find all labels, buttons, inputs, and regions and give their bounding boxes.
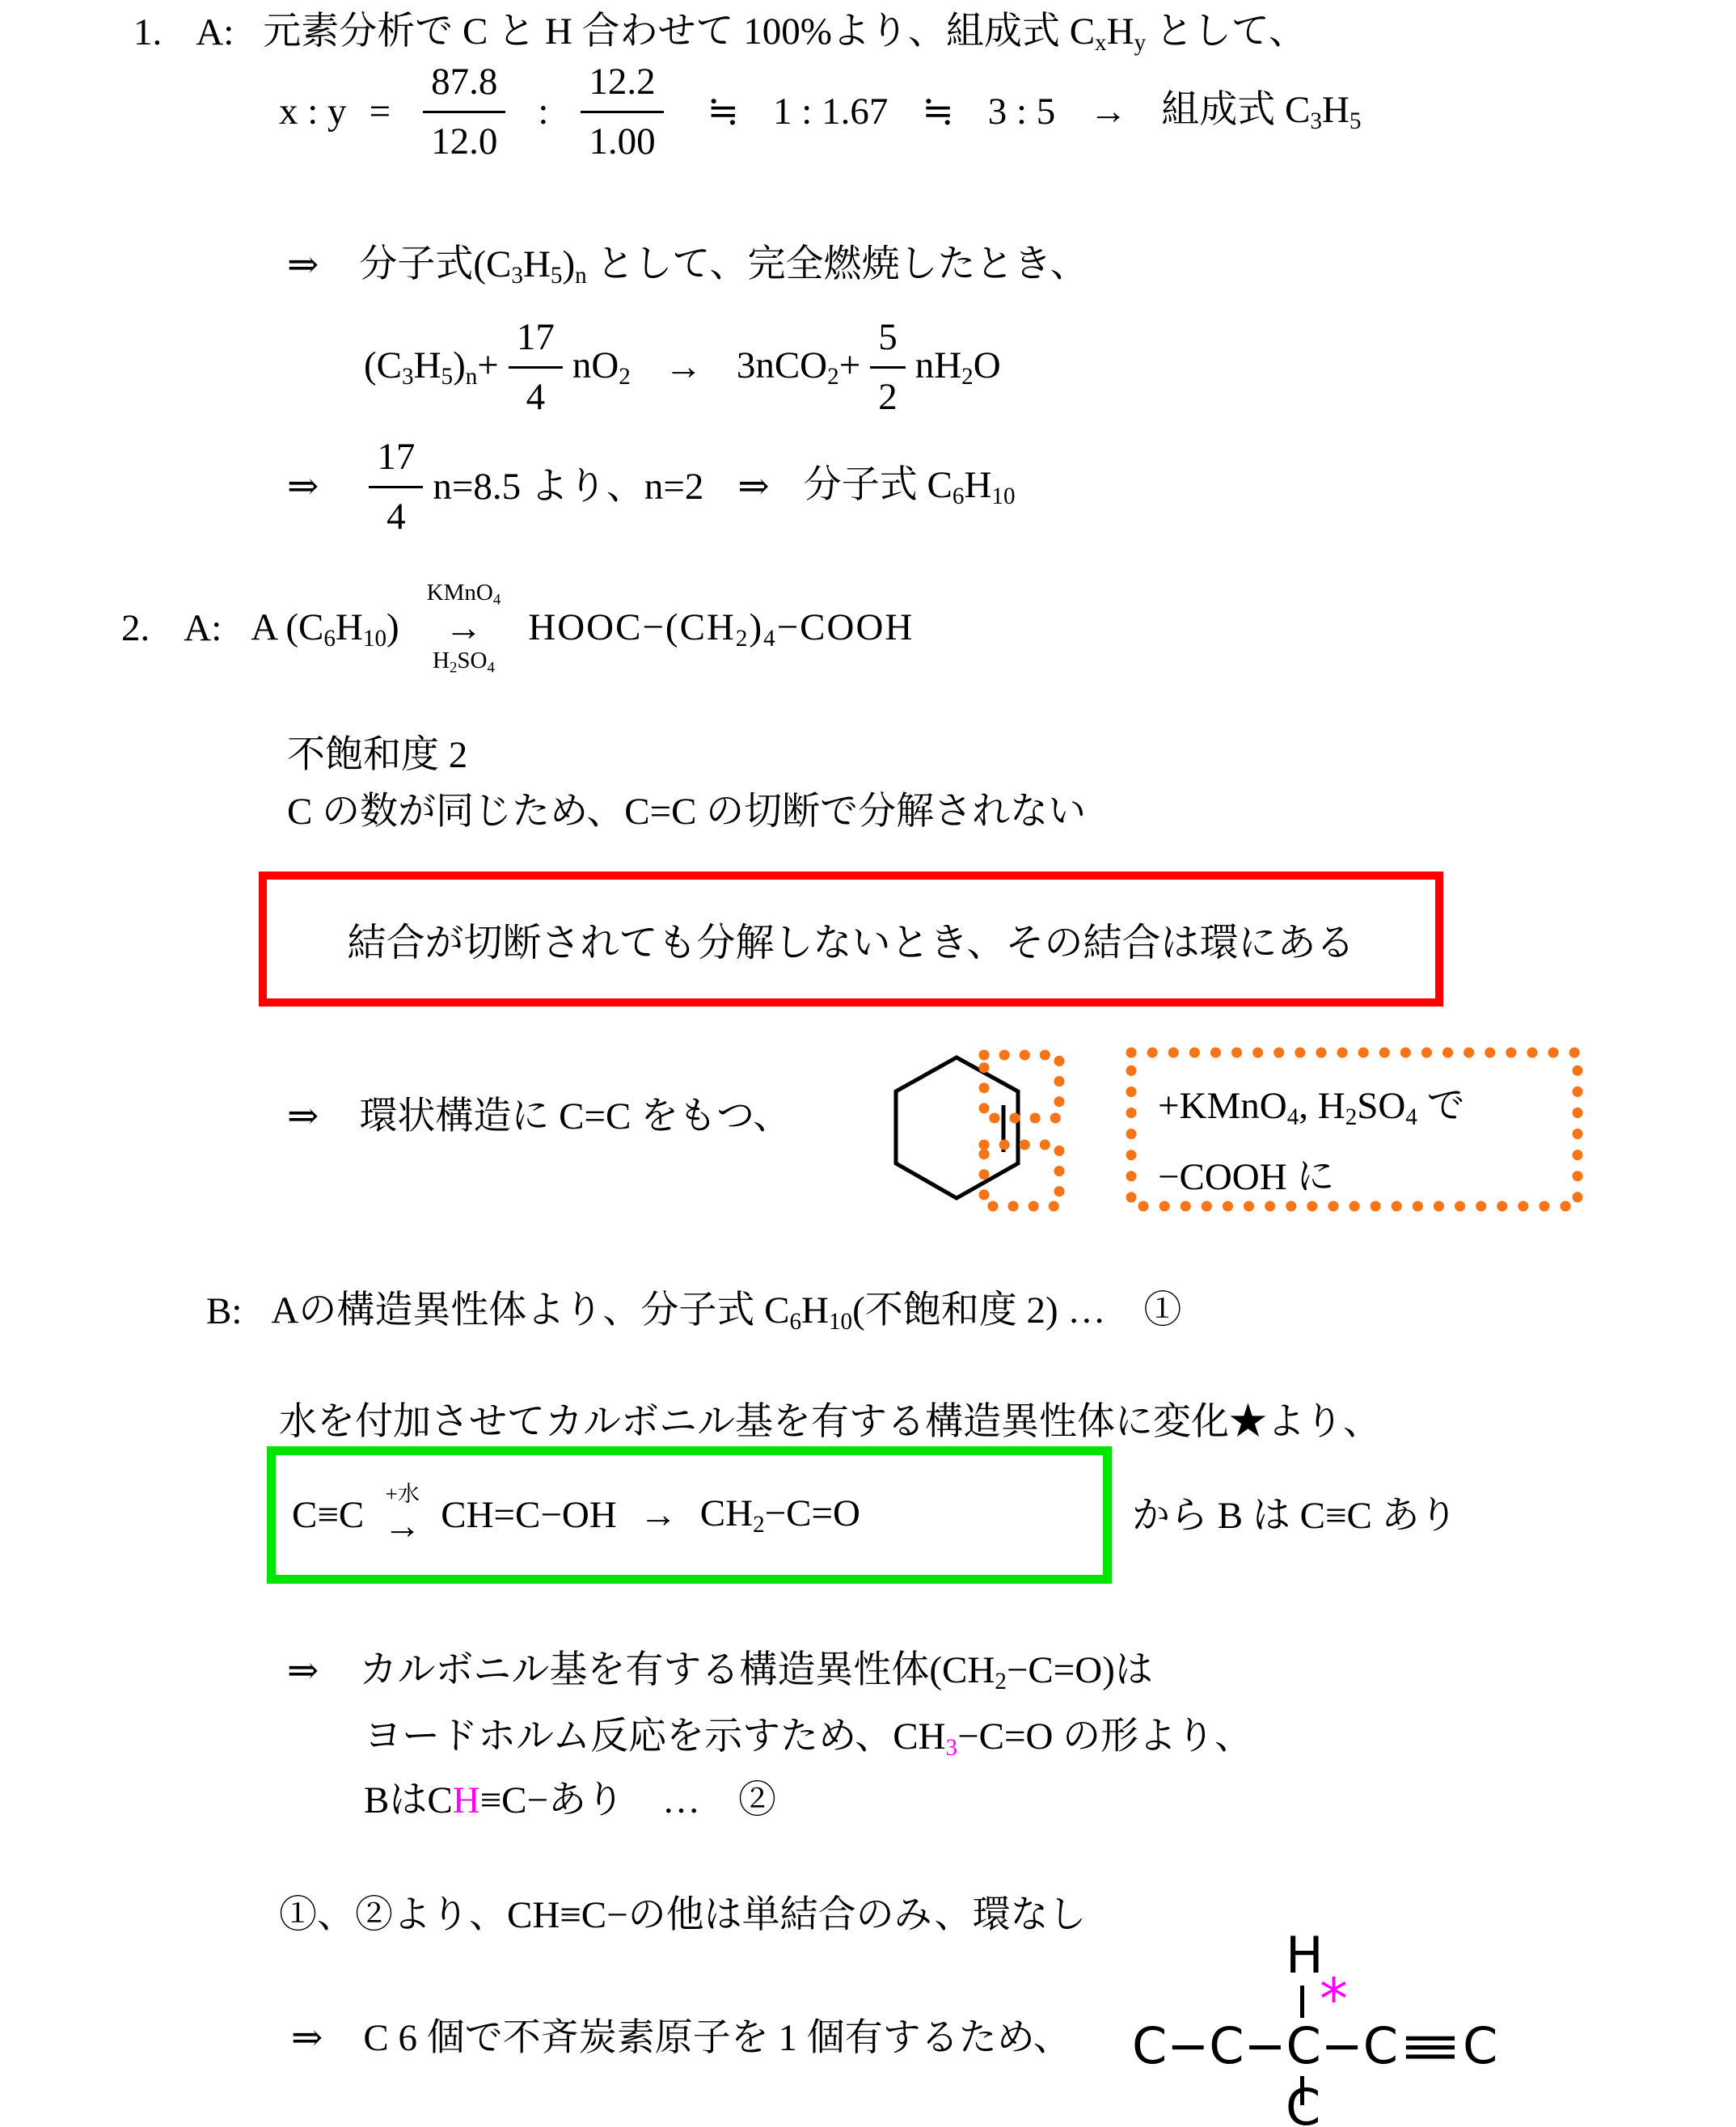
subscript: 3 <box>402 365 414 390</box>
text-run: O <box>974 344 1001 386</box>
text-run: −C=O の形より、 <box>957 1716 1252 1758</box>
numerator: 12.2 <box>581 58 663 113</box>
text-run: H <box>1322 89 1350 131</box>
oxygen-term: nO2 <box>572 342 631 392</box>
text-run: 分子式(C <box>359 243 511 285</box>
denominator: 12.0 <box>431 113 497 166</box>
empirical-formula: 組成式 C3H5 <box>1161 87 1361 137</box>
subscript: 4 <box>1405 1104 1417 1130</box>
subscript: 2 <box>753 1512 765 1538</box>
triple-bond: ≡ <box>1398 2021 1464 2071</box>
carbon-chain-left: C−C−C <box>1132 2021 1321 2071</box>
water-addition-line: 水を付加させてカルボニル基を有する構造異性体に変化★より、 <box>279 1399 1381 1446</box>
text-run: 3nCO <box>737 344 827 386</box>
chemistry-notes-page: 1. A: 元素分析で C と H 合わせて 100%より、組成式 CxHy と… <box>0 0 1736 2127</box>
text-run: −C=O)は <box>1007 1649 1153 1691</box>
fraction-carbon: 87.8 12.0 <box>423 58 505 166</box>
oxidation-reaction-line: 2. A: A (C6H10) KMnO4 → H2SO4 HOOC−(CH2)… <box>121 580 914 677</box>
vertical-bond-top <box>1300 1986 1304 2018</box>
highlight-box-bottom <box>984 1145 1059 1206</box>
iodoform-text: ヨードホルム反応を示すため、CH3−C=O の形より、 <box>364 1713 1252 1763</box>
note-line-2: −COOH に <box>1158 1146 1334 1201</box>
arrow-with-water: +水 → <box>383 1483 421 1547</box>
reagent-above-arrow: KMnO4 <box>427 580 501 609</box>
reactant: (C3H5)n+ <box>364 342 499 392</box>
reaction-arrow-with-reagents: KMnO4 → H2SO4 <box>427 580 501 677</box>
text-run: H <box>336 606 363 648</box>
text-run: ヨードホルム反応を示すため、CH <box>364 1716 946 1758</box>
highlight-box-top <box>984 1055 1059 1118</box>
text-run: SO <box>1357 1085 1405 1127</box>
denominator: 2 <box>878 369 898 421</box>
intro-text: 元素分析で C と H 合わせて 100%より、組成式 CxHy として、 <box>263 8 1307 58</box>
double-bond-highlight-boxes <box>966 1039 1088 1225</box>
subscript: n <box>466 365 478 390</box>
carbonyl-isomer-line: ⇒ カルボニル基を有する構造異性体(CH2−C=O)は <box>287 1647 1153 1697</box>
fraction-17-4: 17 4 <box>369 433 423 541</box>
text-run: (不飽和度 2) … ① <box>852 1289 1181 1331</box>
text-run: KMnO <box>427 580 493 606</box>
water-addition-text: 水を付加させてカルボニル基を有する構造異性体に変化★より、 <box>279 1399 1381 1446</box>
text-run: +KMnO <box>1158 1085 1287 1127</box>
subscript: 2 <box>450 660 457 677</box>
subscript: 5 <box>1350 109 1362 135</box>
red-box-text: 結合が切断されても分解しないとき、その結合は環にある <box>347 911 1354 967</box>
problem1-intro-line: 1. A: 元素分析で C と H 合わせて 100%より、組成式 CxHy と… <box>133 8 1307 58</box>
subscript: 5 <box>551 263 563 289</box>
subscript: 2 <box>995 1669 1007 1694</box>
text-run: H <box>414 344 441 386</box>
enol-term: CH=C−OH <box>441 1493 617 1537</box>
same-carbon-line: C の数が同じため、C=C の切断で分解されない <box>287 788 1086 836</box>
numerator: 87.8 <box>423 58 505 113</box>
ring-structure-line: ⇒ 環状構造に C=C をもつ、 <box>287 1093 791 1141</box>
subscript: 4 <box>493 591 501 608</box>
text-run: SO <box>457 648 487 673</box>
carbon-chain-row: C−C−C −C ≡ C <box>1132 2021 1497 2071</box>
double-arrow: ⇒ <box>287 1093 319 1141</box>
subscript: 10 <box>829 1309 852 1335</box>
denominator: 4 <box>386 488 406 541</box>
arrow-right: → <box>445 609 483 648</box>
text-run: ) <box>562 243 575 285</box>
text-run: BはC <box>364 1779 453 1821</box>
text-run: Aの構造異性体より、分子式 C <box>271 1289 789 1331</box>
denominator: 4 <box>526 369 546 421</box>
note-line-1: +KMnO4, H2SO4 で <box>1158 1075 1465 1131</box>
methyl-carbon-below: C <box>1286 2083 1320 2127</box>
arrow-right: → <box>383 1507 421 1547</box>
numerator: 17 <box>509 314 563 369</box>
combustion-equation: (C3H5)n+ 17 4 nO2 → 3nCO2+ 5 2 nH2O <box>364 314 1001 421</box>
denominator: 1.00 <box>589 113 655 166</box>
subscript: 2 <box>619 365 631 390</box>
text-run: で <box>1417 1085 1465 1127</box>
subscript-highlighted: 3 <box>946 1735 958 1761</box>
plus-sign: + <box>839 344 861 386</box>
text-run: nH <box>915 344 961 386</box>
subscript: 3 <box>1310 109 1322 135</box>
text-run: H <box>1107 11 1134 53</box>
equals-sign: = <box>370 88 391 136</box>
arrow-right: → <box>640 1493 678 1537</box>
subscript: 10 <box>363 626 386 652</box>
text-run: ) <box>386 606 399 648</box>
conclusion-text: から B は C≡C あり <box>1132 1492 1458 1540</box>
text-run: として、完全燃焼したとき、 <box>587 243 1088 285</box>
text-run: カルボニル基を有する構造異性体(CH <box>359 1649 995 1691</box>
text-run: 組成式 C <box>1161 89 1310 131</box>
compound-b-line: B: Aの構造異性体より、分子式 C6H10(不飽和度 2) … ① <box>206 1287 1181 1337</box>
final-text: C 6 個で不斉炭素原子を 1 個有するため、 <box>363 2015 1071 2062</box>
text-run: H <box>801 1289 829 1331</box>
compound-label: B: <box>206 1288 242 1336</box>
unsaturation-line: 不飽和度 2 <box>287 732 467 779</box>
subscript: 2 <box>736 626 750 652</box>
final-line: ⇒ C 6 個で不斉炭素原子を 1 個有するため、 <box>291 2015 1071 2062</box>
text-run: −C=O <box>765 1492 860 1534</box>
double-arrow: ⇒ <box>287 463 319 511</box>
iodoform-line: ヨードホルム反応を示すため、CH3−C=O の形より、 <box>364 1713 1252 1763</box>
keto-enol-green-box: C≡C +水 → CH=C−OH → CH2−C=O <box>267 1446 1112 1584</box>
double-arrow: ⇒ <box>287 242 319 289</box>
b-terminal-alkyne-line: BはCH≡C−あり … ② <box>364 1777 776 1825</box>
text-run: nO <box>572 344 619 386</box>
alkyne-term: C≡C <box>292 1493 364 1537</box>
diacid-product: HOOC−(CH2)4−COOH <box>528 604 914 654</box>
text-run: として、 <box>1146 11 1307 53</box>
subscript: 3 <box>511 263 523 289</box>
text-run: ) <box>749 606 763 648</box>
arrow-right: → <box>665 344 703 391</box>
approx-sign: ≒ <box>922 88 953 136</box>
hydrogen-atom: H <box>1286 1931 1324 1981</box>
fraction-h2o-coefficient: 5 2 <box>870 314 906 421</box>
text-run: A (C <box>251 606 323 648</box>
text-run: CH <box>700 1492 753 1534</box>
compound-label: A: <box>196 9 234 57</box>
same-carbon-text: C の数が同じため、C=C の切断で分解されない <box>287 788 1086 836</box>
highlighted-h-atom: H <box>453 1779 480 1821</box>
double-arrow: ⇒ <box>737 463 769 511</box>
text-run: H <box>964 464 991 506</box>
double-arrow: ⇒ <box>291 2015 323 2062</box>
solve-n-line: ⇒ 17 4 n=8.5 より、n=2 ⇒ 分子式 C6H10 <box>287 433 1016 541</box>
unsaturation-text: 不飽和度 2 <box>287 732 467 779</box>
compound-a-formula: A (C6H10) <box>251 604 399 654</box>
co2-term: 3nCO2+ <box>737 342 860 392</box>
text-run: HOOC−(CH <box>528 606 736 648</box>
molecular-formula-result: 分子式 C6H10 <box>804 462 1016 512</box>
colon: : <box>538 88 548 136</box>
text-run: H <box>523 243 551 285</box>
text-run: −COOH に <box>1158 1156 1334 1198</box>
h2o-term: nH2O <box>915 342 1001 392</box>
terminal-alkyne-text: BはCH≡C−あり … ② <box>364 1777 776 1825</box>
text-run: (C <box>364 344 402 386</box>
item-number: 2. <box>121 605 150 652</box>
text-run: , H <box>1299 1085 1345 1127</box>
subscript: 4 <box>1287 1104 1299 1130</box>
subscript: 2 <box>827 365 839 390</box>
subscript: 2 <box>1345 1104 1358 1130</box>
terminal-carbon: C <box>1463 2021 1497 2071</box>
xy-term: x : y <box>279 88 347 136</box>
ratio-value: 3 : 5 <box>988 88 1056 136</box>
subscript: 4 <box>763 626 777 652</box>
approx-sign: ≒ <box>707 88 739 136</box>
subscript: 5 <box>441 365 454 390</box>
double-arrow: ⇒ <box>287 1648 319 1695</box>
text-run: ) <box>453 344 466 386</box>
compound-label: A: <box>184 605 222 652</box>
reagent-below-arrow: H2SO4 <box>433 648 495 677</box>
subscript: y <box>1134 30 1147 56</box>
plus-sign: + <box>477 344 499 386</box>
plus-water-label: +水 <box>386 1483 420 1507</box>
green-box-conclusion: から B は C≡C あり <box>1132 1492 1458 1540</box>
subscript: 10 <box>991 484 1015 510</box>
text-run: −COOH <box>777 606 914 648</box>
text-run: 元素分析で C と H 合わせて 100%より、組成式 C <box>263 11 1095 53</box>
text-run: ≡C−あり … ② <box>480 1779 776 1821</box>
numerator: 17 <box>369 433 423 488</box>
conclusion-text: ①、②より、CH≡C−の他は単結合のみ、環なし <box>279 1892 1086 1939</box>
subscript: n <box>575 263 587 289</box>
b-isomer-text: Aの構造異性体より、分子式 C6H10(不飽和度 2) … ① <box>271 1287 1181 1337</box>
ring-structure-text: 環状構造に C=C をもつ、 <box>359 1093 791 1141</box>
numerator: 5 <box>870 314 906 369</box>
text-run: 分子式 C <box>804 464 952 506</box>
keto-term: CH2−C=O <box>700 1492 860 1538</box>
subscript: x <box>1095 30 1107 56</box>
n-equation-text: n=8.5 より、n=2 <box>433 463 703 511</box>
ratio-value: 1 : 1.67 <box>773 88 888 136</box>
subscript: 2 <box>961 365 974 390</box>
carbon-chain-mid: −C <box>1321 2021 1398 2071</box>
carbonyl-isomer-text: カルボニル基を有する構造異性体(CH2−C=O)は <box>359 1647 1152 1697</box>
structural-formula-diagram: H * C−C−C −C ≡ C C <box>1132 1926 1536 2126</box>
molecular-formula-text: 分子式(C3H5)n として、完全燃焼したとき、 <box>359 241 1088 291</box>
text-run: H <box>433 648 450 673</box>
arrow-right: → <box>1089 88 1127 136</box>
key-point-red-box: 結合が切断されても分解しないとき、その結合は環にある <box>259 871 1443 1007</box>
ratio-equation: x : y = 87.8 12.0 : 12.2 1.00 ≒ 1 : 1.67… <box>279 58 1361 166</box>
subscript: 6 <box>323 626 336 652</box>
molecular-formula-line: ⇒ 分子式(C3H5)n として、完全燃焼したとき、 <box>287 241 1088 291</box>
subscript: 4 <box>487 660 494 677</box>
item-number: 1. <box>133 9 162 57</box>
fraction-hydrogen: 12.2 1.00 <box>581 58 663 166</box>
subscript: 6 <box>789 1309 801 1335</box>
conclusion-line: ①、②より、CH≡C−の他は単結合のみ、環なし <box>279 1892 1086 1939</box>
subscript: 6 <box>952 484 965 510</box>
fraction-o2-coefficient: 17 4 <box>509 314 563 421</box>
